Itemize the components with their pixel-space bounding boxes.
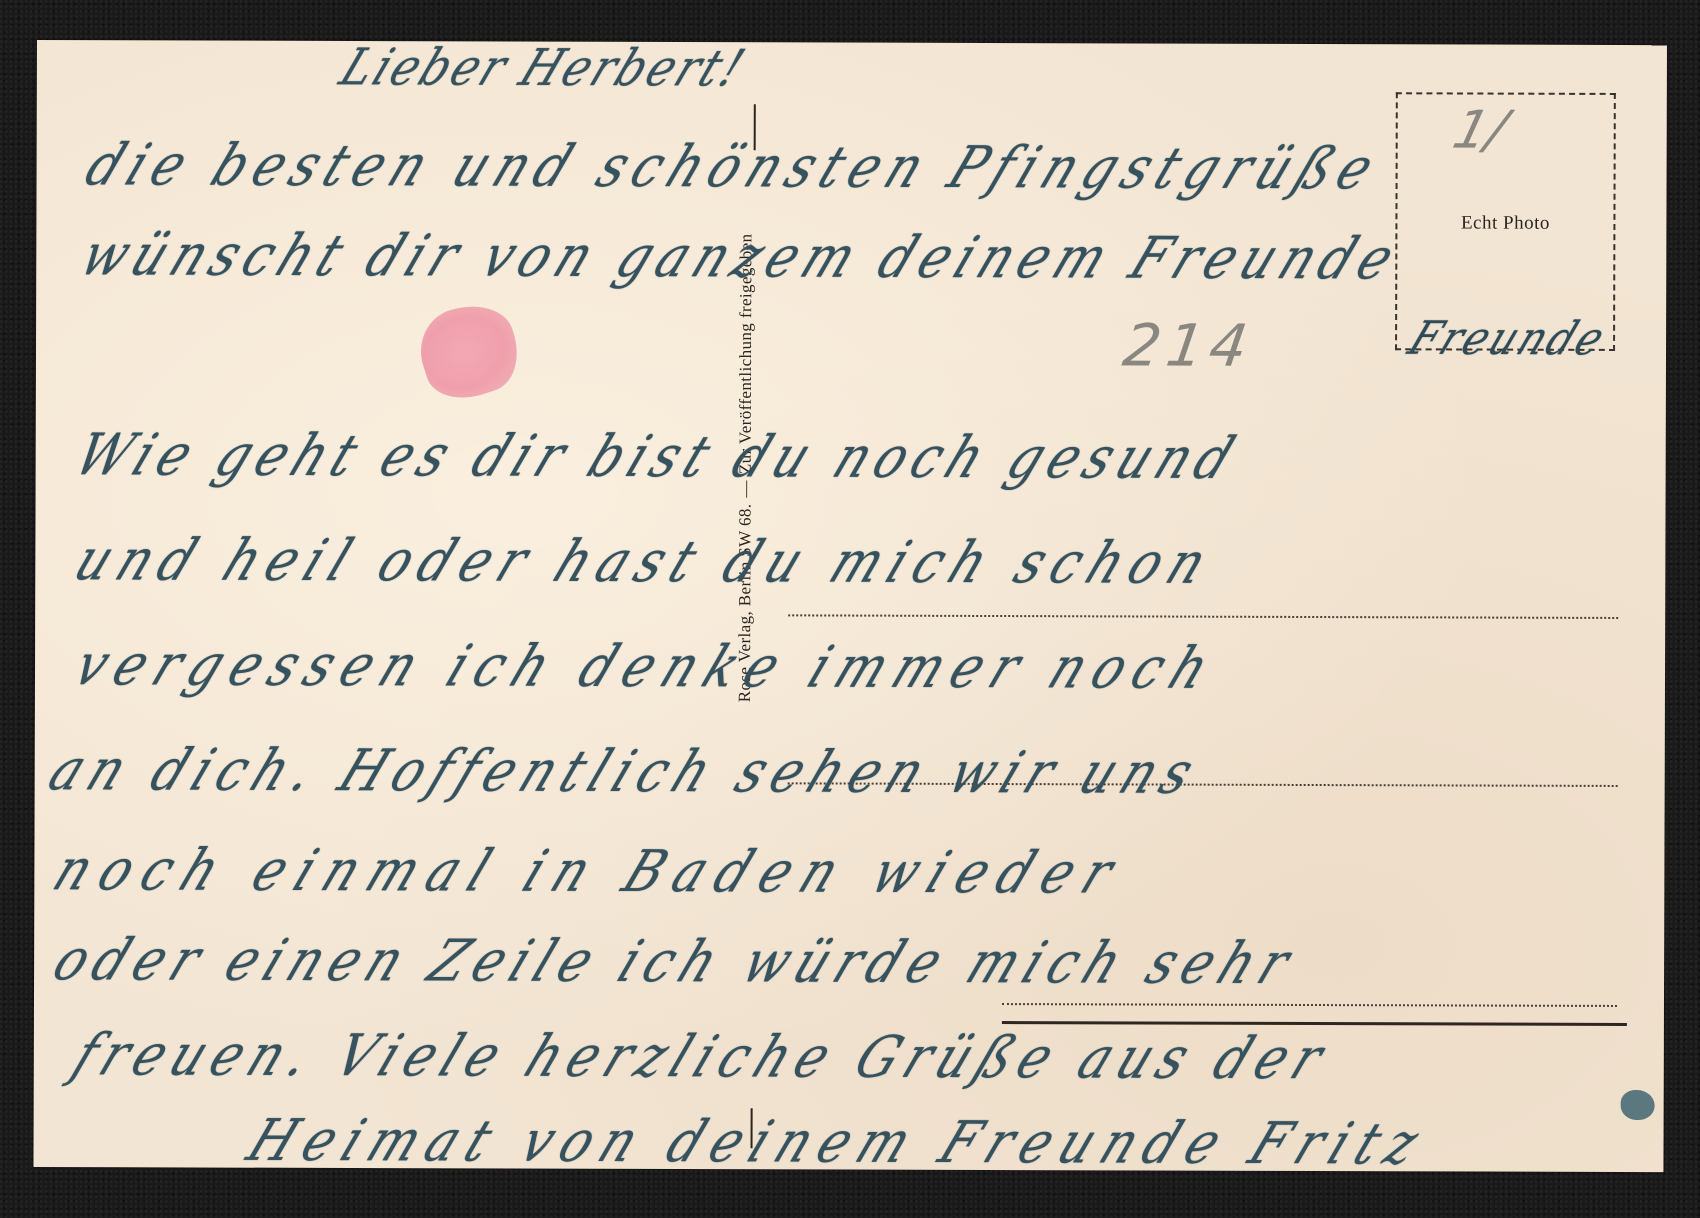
address-line-3	[1002, 1003, 1617, 1007]
handwriting-line: Wie geht es dir bist du noch gesund	[66, 421, 1251, 491]
handwriting-line: an dich. Hoffentlich sehen wir uns	[40, 736, 1212, 806]
handwriting-line-salutation: Lieber Herbert!	[332, 38, 755, 98]
pencil-archive-number: 214	[1119, 311, 1257, 379]
pink-stain	[410, 294, 529, 409]
handwriting-line: wünscht dir von ganzem deinem Freunde	[71, 221, 1411, 292]
handwriting-line: freuen. Viele herzliche Grüße aus der	[64, 1021, 1341, 1092]
handwriting-line: und heil oder hast du mich schon	[65, 526, 1225, 596]
handwriting-line: oder einen Zeile ich würde mich sehr	[44, 926, 1307, 996]
postcard-back: Rose Verlag, Berlin SW 68.—Zur Veröffent…	[33, 40, 1667, 1172]
handwriting-line: die besten und schönsten Pfingstgrüße	[77, 132, 1392, 203]
handwriting-line: Freunde	[1401, 312, 1615, 365]
stamp-box-label: Echt Photo	[1397, 212, 1613, 235]
ink-blot	[1621, 1090, 1655, 1120]
handwriting-line: noch einmal in Baden wieder	[44, 836, 1135, 906]
handwriting-line-signature: Heimat von deinem Freunde Fritz	[238, 1107, 1438, 1177]
address-line-1	[788, 614, 1618, 619]
handwriting-line: vergessen ich denke immer noch	[65, 631, 1229, 701]
